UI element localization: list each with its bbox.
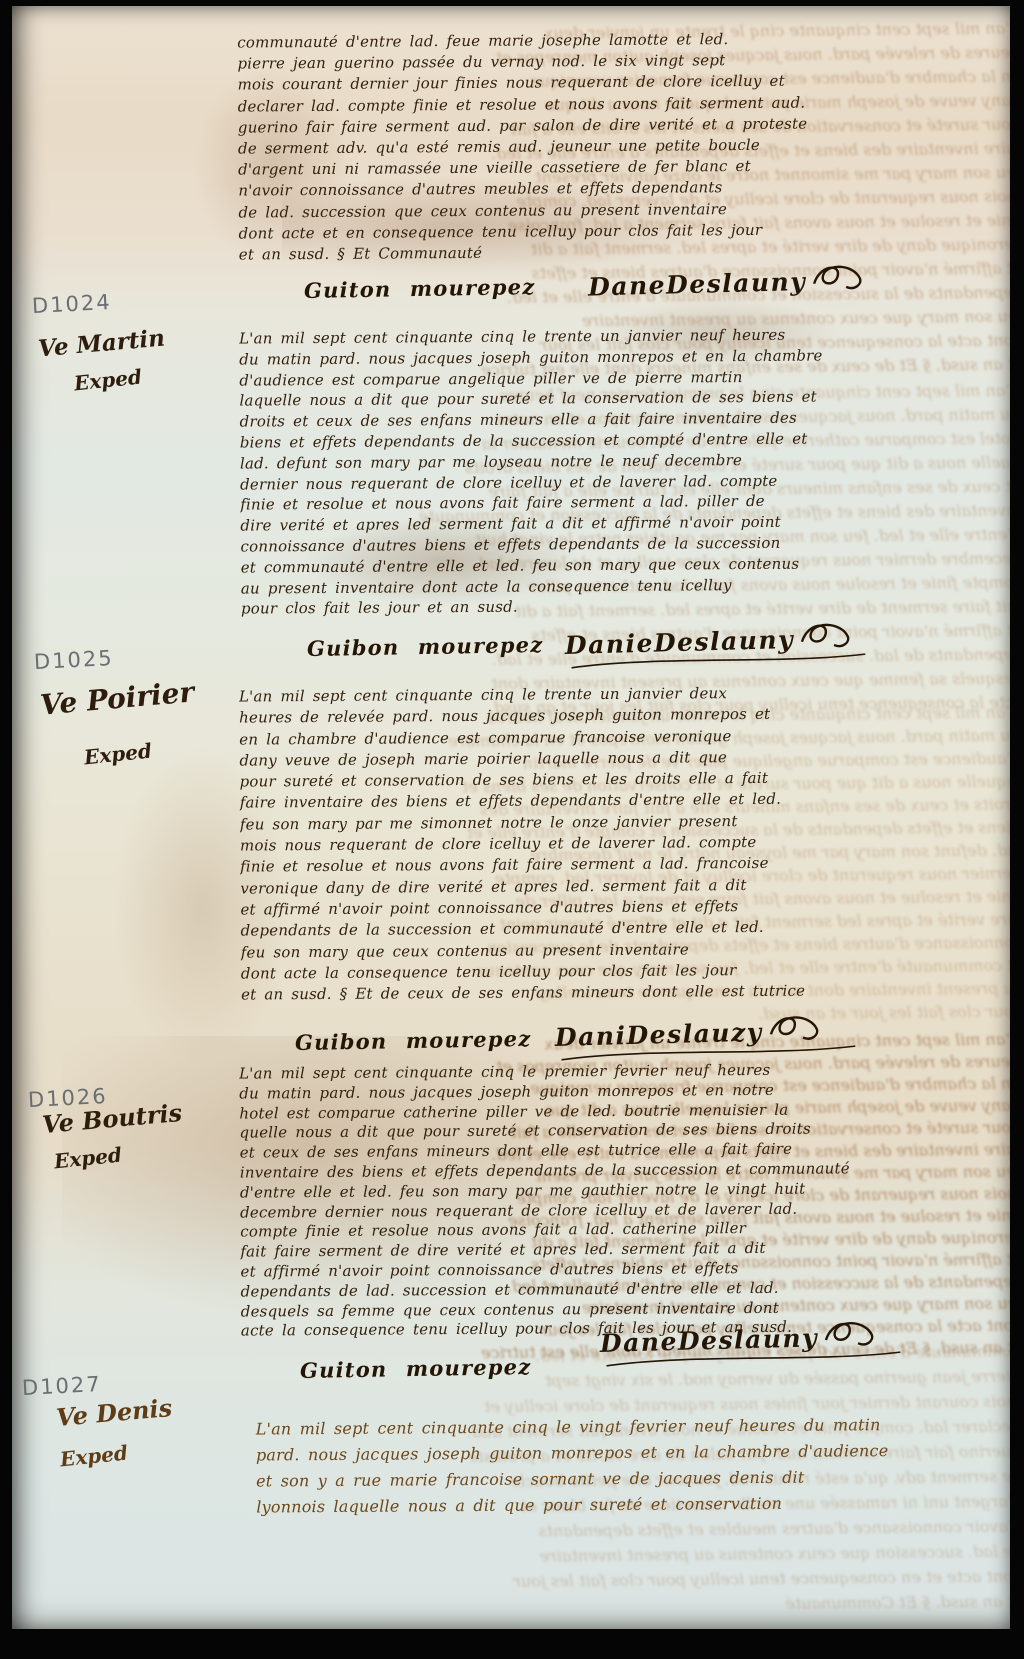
margin-entry-number: D1025 [33, 646, 114, 674]
signature-deslauny: DaniDeslauzy [554, 1010, 859, 1064]
signature-guiton: Guibon mourepez [307, 632, 544, 661]
entry-body-text: L'an mil sept cent cinquante cinq le vin… [256, 1412, 973, 1521]
manuscript-line: pard. nous jacques joseph guiton monrepo… [256, 1438, 972, 1469]
signature-deslauny: DaneDeslauny [599, 1316, 904, 1370]
entry-body-text: communauté d'entre lad. feue marie josep… [237, 27, 965, 265]
entry-body-text: L'an mil sept cent cinquante cinq le tre… [239, 323, 967, 619]
signature-guiton: Guiton mourepez [304, 274, 536, 303]
paper: L'an mil sept cent cinquante cinq le tre… [12, 6, 1010, 1629]
paraph-flourish-icon [810, 260, 865, 295]
margin-entry-number: D1027 [21, 1372, 102, 1400]
signature-guiton: Guiton mourepez [300, 1354, 532, 1383]
scanned-page: L'an mil sept cent cinquante cinq le tre… [0, 0, 1024, 1659]
paraph-flourish-icon [798, 618, 853, 653]
margin-entry-number: D1024 [31, 290, 112, 318]
signature-deslauny: DaneDeslauny [588, 260, 865, 301]
paraph-flourish-icon [766, 1011, 821, 1046]
paraph-flourish-icon [822, 1317, 877, 1352]
signature-guiton: Guibon mourepez [295, 1026, 532, 1055]
entry-body-text: L'an mil sept cent cinquante cinq le tre… [239, 681, 967, 1006]
signature-deslauny: DanieDeslauny [564, 618, 869, 672]
manuscript-line: lyonnois laquelle nous a dit que pour su… [256, 1490, 972, 1521]
entry-body-text: L'an mil sept cent cinquante cinq le pre… [239, 1059, 971, 1341]
